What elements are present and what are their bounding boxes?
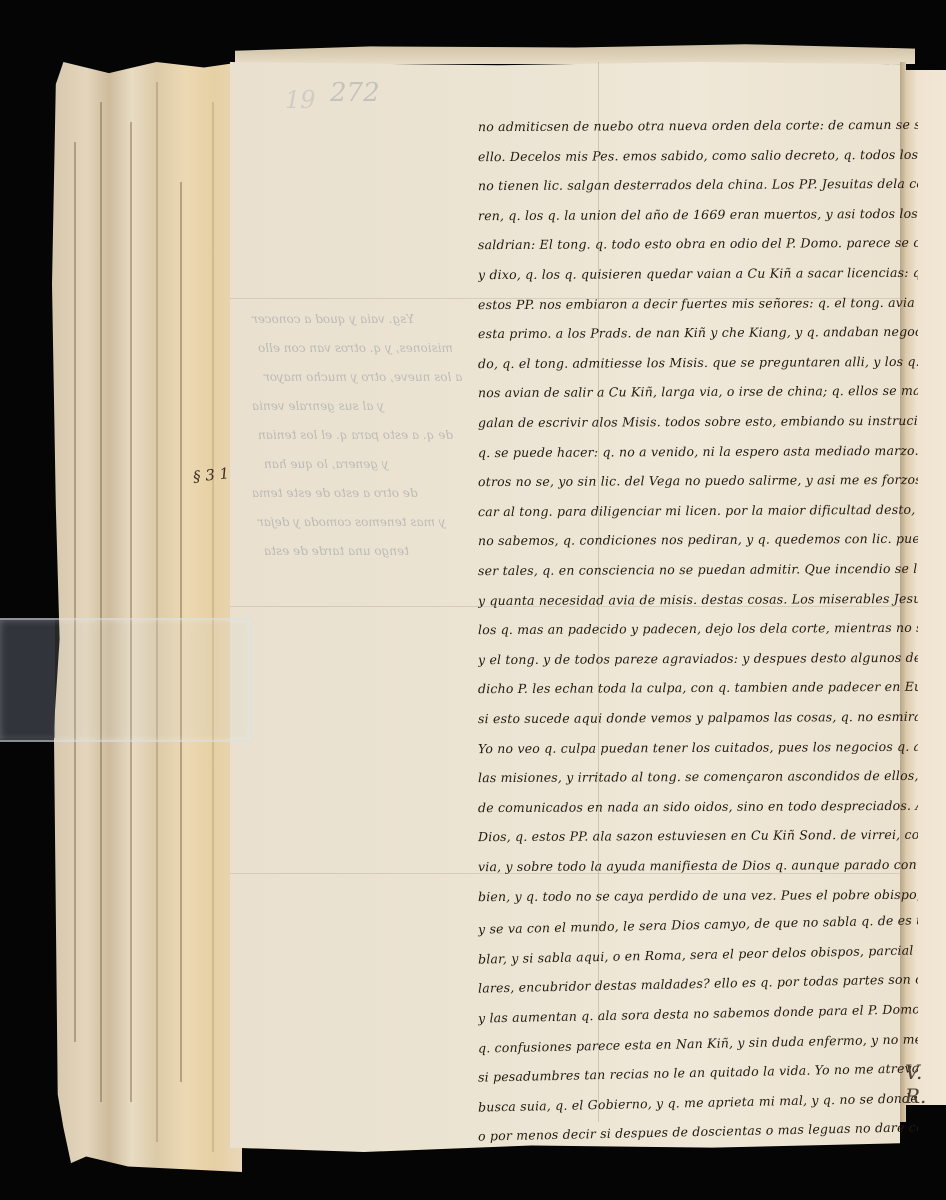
margin-note: § 3 1 bbox=[192, 464, 230, 486]
leaf-edge-line bbox=[74, 142, 76, 1042]
bleed-through-line: y genera, lo que han bbox=[264, 457, 389, 471]
manuscript-line: Yo no veo q. culpa puedan tener los cuit… bbox=[478, 738, 918, 756]
manuscript-line: car al tong. para diligenciar mi licen. … bbox=[478, 502, 918, 520]
manuscript-line: galan de escrivir alos Misis. todos sobr… bbox=[478, 413, 918, 431]
leaf-edge-line bbox=[130, 122, 132, 1102]
upper-leaf-edge bbox=[235, 42, 915, 64]
manuscript-line: esta primo. a los Prads. de nan Kiñ y ch… bbox=[478, 324, 918, 342]
manuscript-line: y el tong. y de todos pareze agraviados:… bbox=[478, 650, 918, 668]
manuscript-line: no admiticsen de nuebo otra nueva orden … bbox=[478, 117, 918, 135]
manuscript-line: estos PP. nos embiaron a decir fuertes m… bbox=[478, 294, 918, 312]
bleed-through-line: de q. a esto para q. el los tenian bbox=[258, 428, 453, 442]
manuscript-line: q. se puede hacer: q. no a venido, ni la… bbox=[478, 442, 918, 460]
manuscript-line: dicho P. les echan toda la culpa, con q.… bbox=[478, 679, 918, 697]
bleed-through-line: misiones, y q. otros van con ello bbox=[258, 341, 453, 355]
bleed-through-line: tengo una tarde de esta bbox=[264, 544, 409, 558]
frayed-page-stack bbox=[52, 62, 242, 1172]
bleed-through-line: a los nueve, otro y mucho mayor bbox=[264, 370, 462, 384]
manuscript-line: ello. Decelos mis Pes. emos sabido, como… bbox=[478, 146, 918, 164]
folio-number-secondary: 19 bbox=[285, 86, 316, 114]
manuscript-line: y quanta necesidad avia de misis. destas… bbox=[478, 590, 918, 608]
margin-initials: V. R. bbox=[905, 1060, 946, 1108]
manuscript-line: no tienen lic. salgan desterrados dela c… bbox=[478, 176, 918, 194]
manuscript-line: ser tales, q. en consciencia no se pueda… bbox=[478, 561, 918, 579]
manuscript-line: si esto sucede aqui donde vemos y palpam… bbox=[478, 709, 918, 727]
leaf-edge-line bbox=[156, 82, 158, 1142]
manuscript-line: otros no se, yo sin lic. del Vega no pue… bbox=[478, 472, 918, 490]
manuscript-line: nos avian de salir a Cu Kiñ, larga via, … bbox=[478, 383, 918, 401]
bleed-through-line: Ysg. vaia y quod a conocer bbox=[252, 312, 414, 326]
bleed-through-line: y al sus genrale venia bbox=[252, 399, 384, 413]
manuscript-line: las misiones, y irritado al tong. se com… bbox=[478, 768, 918, 786]
manuscript-line: los q. mas an padecido y padecen, dejo l… bbox=[478, 620, 918, 638]
manuscript-line: no sabemos, q. condiciones nos pediran, … bbox=[478, 531, 918, 549]
manuscript-line: do, q. el tong. admitiesse los Misis. qu… bbox=[478, 354, 918, 372]
leaf-edge-line bbox=[100, 102, 102, 1102]
manuscript-line: Dios, q. estos PP. ala sazon estuviesen … bbox=[478, 827, 918, 845]
folio-number: 272 bbox=[330, 78, 380, 108]
manuscript-line: bien, y q. todo no se caya perdido de un… bbox=[478, 886, 918, 904]
bleed-through-line: de otro a esto de este tema bbox=[252, 486, 418, 500]
manuscript-line: de comunicados en nada an sido oidos, si… bbox=[478, 798, 918, 816]
bleed-through-line: y mas tenemos comoda y dejar bbox=[258, 515, 446, 529]
manuscript-line: ren, q. los q. la union del año de 1669 … bbox=[478, 206, 918, 224]
clear-plastic-strip bbox=[0, 618, 252, 742]
manuscript-line: via, y sobre todo la ayuda manifiesta de… bbox=[478, 857, 918, 875]
manuscript-line: y dixo, q. los q. quisieren quedar vaian… bbox=[478, 265, 918, 283]
manuscript-line: saldrian: El tong. q. todo esto obra en … bbox=[478, 235, 918, 253]
